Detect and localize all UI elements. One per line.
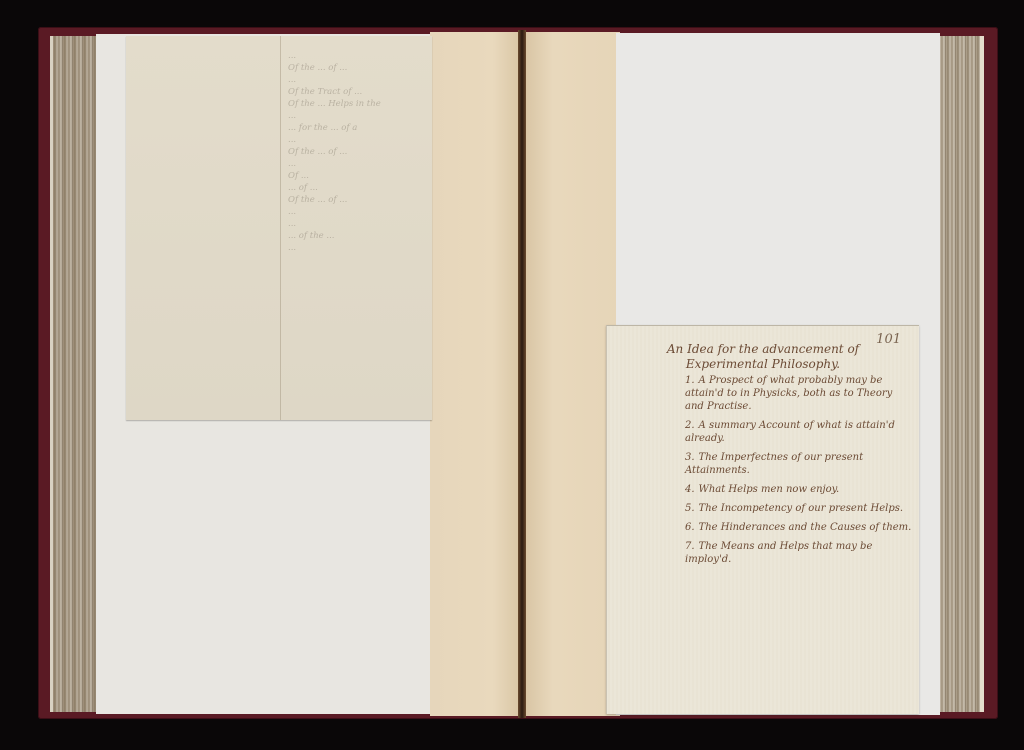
ghost-line: ... (288, 242, 428, 254)
list-item: 5.The Incompetency of our present Helps. (685, 502, 913, 515)
item-text: The Means and Helps that may be imploy'd… (685, 541, 872, 565)
ghost-line: ... of the ... (288, 230, 428, 242)
left-manuscript-sheet: ... Of the ... of ... ... Of the Tract o… (126, 36, 432, 420)
left-guard-strip (430, 32, 520, 716)
ghost-line: Of the Tract of ... (288, 86, 428, 98)
item-number: 2. (685, 420, 695, 431)
book-gutter (518, 30, 526, 718)
ghost-line: Of the ... Helps in the (288, 98, 428, 110)
list-item: 3.The Imperfectnes of our present Attain… (685, 451, 913, 477)
ghost-line: Of the ... of ... (288, 146, 428, 158)
manuscript-title: An Idea for the advancement of Experimen… (607, 342, 919, 372)
ghost-line: ... for the ... of a (288, 122, 428, 134)
ghost-line: ... (288, 134, 428, 146)
sheet-fold-line (280, 36, 281, 420)
item-text: The Incompetency of our present Helps. (699, 503, 903, 514)
faded-show-through-text: ... Of the ... of ... ... Of the Tract o… (288, 50, 428, 254)
ghost-line: ... (288, 50, 428, 62)
ghost-line: ... of ... (288, 182, 428, 194)
item-number: 6. (685, 522, 695, 533)
item-number: 1. (685, 375, 695, 386)
ghost-line: Of ... (288, 170, 428, 182)
title-line-1: An Idea for the advancement of (607, 342, 919, 357)
list-item: 7.The Means and Helps that may be imploy… (685, 540, 913, 566)
left-page-block-edge (50, 36, 101, 712)
item-number: 5. (685, 503, 695, 514)
ghost-line: ... (288, 110, 428, 122)
item-number: 7. (685, 541, 695, 552)
right-page-block-edge (936, 36, 984, 712)
ghost-line: ... (288, 74, 428, 86)
ghost-line: ... (288, 158, 428, 170)
title-line-2: Experimental Philosophy. (607, 357, 919, 372)
list-item: 2.A summary Account of what is attain'd … (685, 419, 913, 445)
right-manuscript-sheet: 101 An Idea for the advancement of Exper… (606, 325, 919, 714)
ghost-line: ... (288, 206, 428, 218)
list-item: 4.What Helps men now enjoy. (685, 483, 913, 496)
item-number: 3. (685, 452, 695, 463)
item-text: What Helps men now enjoy. (699, 484, 840, 495)
item-text: A summary Account of what is attain'd al… (685, 420, 895, 444)
item-number: 4. (685, 484, 695, 495)
list-item: 6.The Hinderances and the Causes of them… (685, 521, 913, 534)
manuscript-item-list: 1.A Prospect of what probably may be att… (685, 374, 913, 572)
list-item: 1.A Prospect of what probably may be att… (685, 374, 913, 413)
item-text: A Prospect of what probably may be attai… (685, 375, 892, 412)
item-text: The Hinderances and the Causes of them. (699, 522, 912, 533)
ghost-line: Of the ... of ... (288, 62, 428, 74)
ghost-line: Of the ... of ... (288, 194, 428, 206)
ghost-line: ... (288, 218, 428, 230)
item-text: The Imperfectnes of our present Attainme… (685, 452, 863, 476)
